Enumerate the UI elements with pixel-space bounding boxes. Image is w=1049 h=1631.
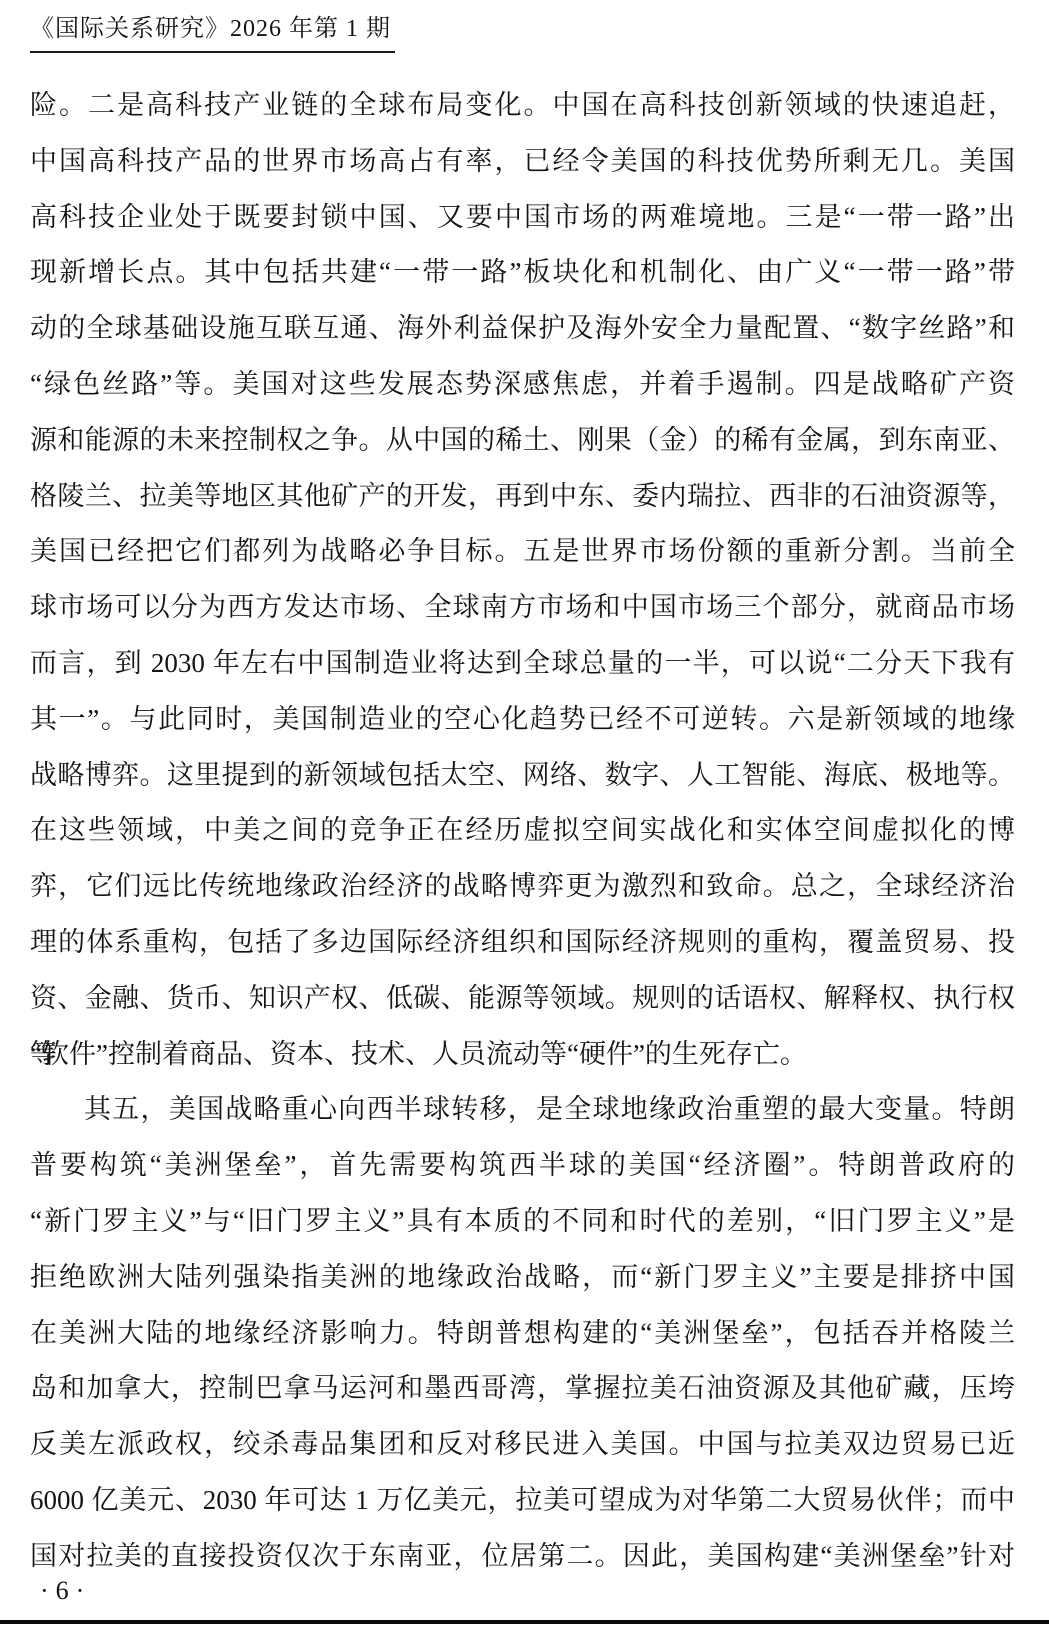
text-line: 格陵兰、拉美等地区其他矿产的开发，再到中东、委内瑞拉、西非的石油资源等， — [30, 469, 1015, 525]
article-body: 险。二是高科技产业链的全球布局变化。中国在高科技创新领域的快速追赶， 中国高科技… — [30, 78, 1015, 1585]
text-line: 美国已经把它们都列为战略必争目标。五是世界市场份额的重新分割。当前全 — [30, 524, 1015, 580]
text-line-paragraph-start: 其五，美国战略重心向西半球转移，是全球地缘政治重塑的最大变量。特朗 — [30, 1082, 1015, 1138]
text-line: 在美洲大陆的地缘经济影响力。特朗普想构建的“美洲堡垒”，包括吞并格陵兰 — [30, 1306, 1015, 1362]
text-line: 在这些领域，中美之间的竞争正在经历虚拟空间实战化和实体空间虚拟化的博 — [30, 803, 1015, 859]
text-line: 源和能源的未来控制权之争。从中国的稀土、刚果（金）的稀有金属，到东南亚、 — [30, 413, 1015, 469]
text-line: 动的全球基础设施互联互通、海外利益保护及海外安全力量配置、“数字丝路”和 — [30, 301, 1015, 357]
page-footer: ·6· — [40, 1576, 91, 1606]
journal-issue-title: 《国际关系研究》2026 年第 1 期 — [30, 12, 395, 53]
scan-edge-rule — [0, 1620, 1049, 1624]
text-line-paragraph-end: “软件”控制着商品、资本、技术、人员流动等“硬件”的生死存亡。 — [30, 1027, 1015, 1083]
page-number: ·6· — [40, 1576, 91, 1605]
text-line: 6000 亿美元、2030 年可达 1 万亿美元，拉美可望成为对华第二大贸易伙伴… — [30, 1473, 1015, 1529]
text-line: 普要构筑“美洲堡垒”，首先需要构筑西半球的美国“经济圈”。特朗普政府的 — [30, 1138, 1015, 1194]
text-line: 球市场可以分为西方发达市场、全球南方市场和中国市场三个部分，就商品市场 — [30, 580, 1015, 636]
text-line: 高科技企业处于既要封锁中国、又要中国市场的两难境地。三是“一带一路”出 — [30, 190, 1015, 246]
text-line: 战略博弈。这里提到的新领域包括太空、网络、数字、人工智能、海底、极地等。 — [30, 748, 1015, 804]
text-line: 岛和加拿大，控制巴拿马运河和墨西哥湾，掌握拉美石油资源及其他矿藏，压垮 — [30, 1361, 1015, 1417]
text-line: “新门罗主义”与“旧门罗主义”具有本质的不同和时代的差别，“旧门罗主义”是 — [30, 1194, 1015, 1250]
text-line: 拒绝欧洲大陆列强染指美洲的地缘政治战略，而“新门罗主义”主要是排挤中国 — [30, 1250, 1015, 1306]
text-line: 弈，它们远比传统地缘政治经济的战略博弈更为激烈和致命。总之，全球经济治 — [30, 859, 1015, 915]
text-line: 现新增长点。其中包括共建“一带一路”板块化和机制化、由广义“一带一路”带 — [30, 245, 1015, 301]
text-line: 反美左派政权，绞杀毒品集团和反对移民进入美国。中国与拉美双边贸易已近 — [30, 1417, 1015, 1473]
text-line: 中国高科技产品的世界市场高占有率，已经令美国的科技优势所剩无几。美国 — [30, 134, 1015, 190]
text-line: “绿色丝路”等。美国对这些发展态势深感焦虑，并着手遏制。四是战略矿产资 — [30, 357, 1015, 413]
running-head: 《国际关系研究》2026 年第 1 期 — [30, 12, 395, 53]
text-line: 国对拉美的直接投资仅次于东南亚，位居第二。因此，美国构建“美洲堡垒”针对 — [30, 1529, 1015, 1585]
text-line: 而言，到 2030 年左右中国制造业将达到全球总量的一半，可以说“二分天下我有 — [30, 636, 1015, 692]
journal-scan-page: 《国际关系研究》2026 年第 1 期 险。二是高科技产业链的全球布局变化。中国… — [0, 0, 1049, 1631]
text-line: 资、金融、货币、知识产权、低碳、能源等领域。规则的话语权、解释权、执行权等 — [30, 971, 1015, 1027]
text-line: 理的体系重构，包括了多边国际经济组织和国际经济规则的重构，覆盖贸易、投 — [30, 915, 1015, 971]
text-line: 险。二是高科技产业链的全球布局变化。中国在高科技创新领域的快速追赶， — [30, 78, 1015, 134]
text-line: 其一”。与此同时，美国制造业的空心化趋势已经不可逆转。六是新领域的地缘 — [30, 692, 1015, 748]
